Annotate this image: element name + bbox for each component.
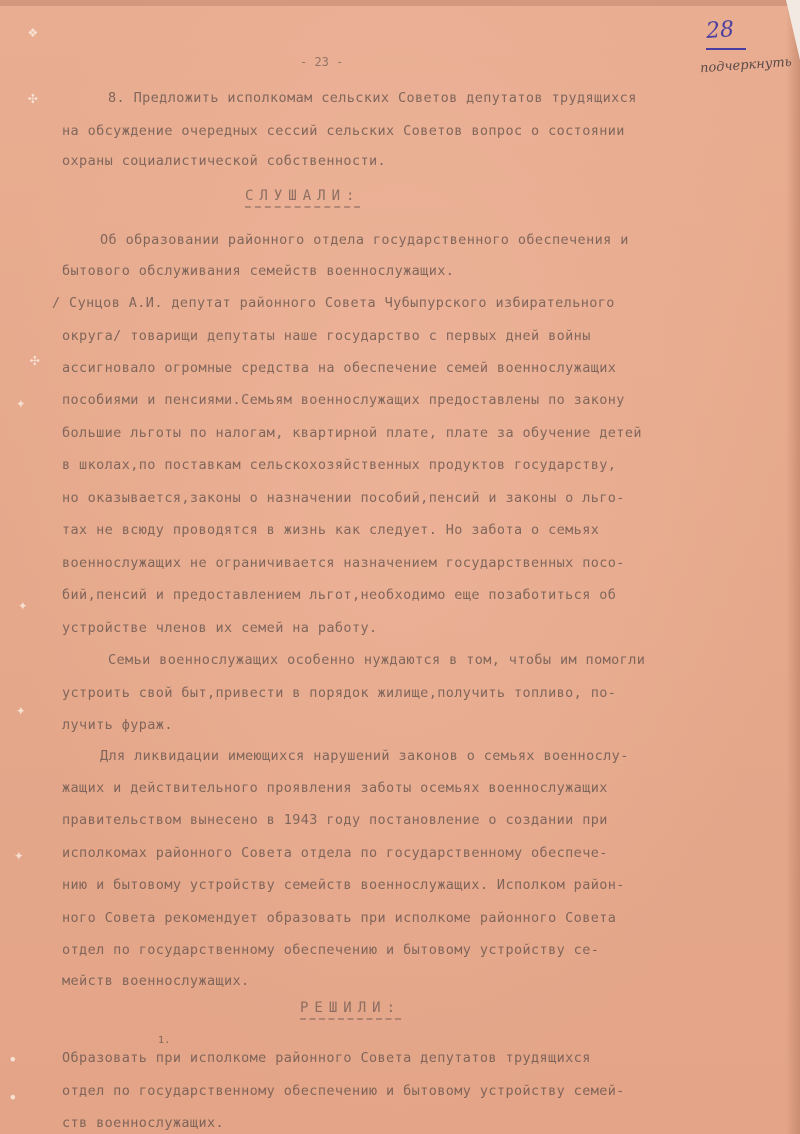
text-line: ассигновало огромные средства на обеспеч… <box>62 360 616 376</box>
margin-mark: • <box>8 1088 18 1107</box>
text-line: устройстве членов их семей на работу. <box>62 620 378 636</box>
text-line: бытового обслуживания семейств военнослу… <box>62 263 454 279</box>
list-marker: 1. <box>158 1035 171 1046</box>
text-line: Семьи военнослужащих особенно нуждаются … <box>108 652 645 668</box>
text-line: устроить свой быт,привести в порядок жил… <box>62 685 616 701</box>
text-line: тах не всюду проводятся в жизнь как след… <box>62 522 599 538</box>
margin-mark: ✦ <box>16 393 26 412</box>
handwritten-sheet-number: 28 <box>705 17 735 44</box>
page-top-edge <box>0 0 800 6</box>
text-line: отдел по государственному обеспечению и … <box>62 942 599 958</box>
handwritten-note: подчеркнуть <box>700 55 793 76</box>
text-line: военнослужащих не ограничивается назначе… <box>62 555 625 571</box>
handwritten-underline <box>706 48 746 50</box>
text-line: мейств военнослужащих. <box>62 973 250 989</box>
heading-heard: СЛУШАЛИ: <box>245 188 360 208</box>
text-line: Образовать при исполкоме районного Совет… <box>62 1050 591 1066</box>
text-line: в школах,по поставкам сельскохозяйственн… <box>62 457 616 473</box>
text-line: округа/ товарищи депутаты наше государст… <box>62 328 591 344</box>
text-line: 8. Предложить исполкомам сельских Совето… <box>108 90 637 106</box>
text-line: отдел по государственному обеспечению и … <box>62 1083 625 1099</box>
page-number: - 23 - <box>300 55 343 69</box>
text-line: / Сунцов А.И. депутат районного Совета Ч… <box>52 295 615 311</box>
text-line: правительством вынесено в 1943 году пост… <box>62 812 608 828</box>
margin-mark: ✣ <box>28 88 38 107</box>
text-line: пособиями и пенсиями.Семьям военнослужащ… <box>62 392 625 408</box>
document-page: 28 подчеркнуть - 23 - ❖ ✣ ✣ ✦ ✦ ✦ ✦ • • … <box>0 0 800 1134</box>
text-line: но оказывается,законы о назначении пособ… <box>62 490 625 506</box>
heading-decided: РЕШИЛИ: <box>300 1000 401 1020</box>
text-line: исполкомах районного Совета отдела по го… <box>62 845 608 861</box>
text-line: жащих и действительного проявления забот… <box>62 780 608 796</box>
text-line: Об образовании районного отдела государс… <box>100 232 629 248</box>
text-line: бий,пенсий и предоставлением льгот,необх… <box>62 587 616 603</box>
text-line: Для ликвидации имеющихся нарушений закон… <box>100 748 629 764</box>
text-line: лучить фураж. <box>62 717 173 733</box>
text-line: ного Совета рекомендует образовать при и… <box>62 910 616 926</box>
text-line: нию и бытовому устройству семейств военн… <box>62 877 625 893</box>
margin-mark: ✦ <box>16 700 26 719</box>
page-right-edge <box>786 0 800 1134</box>
margin-mark: ❖ <box>28 22 38 41</box>
margin-mark: ✣ <box>30 350 40 369</box>
margin-mark: ✦ <box>14 845 24 864</box>
margin-mark: ✦ <box>18 595 28 614</box>
text-line: ств военнослужащих. <box>62 1115 224 1131</box>
text-line: охраны социалистической собственности. <box>62 153 386 169</box>
text-line: большие льготы по налогам, квартирной пл… <box>62 425 642 441</box>
margin-mark: • <box>8 1050 18 1069</box>
text-line: на обсуждение очередных сессий сельских … <box>62 123 625 139</box>
